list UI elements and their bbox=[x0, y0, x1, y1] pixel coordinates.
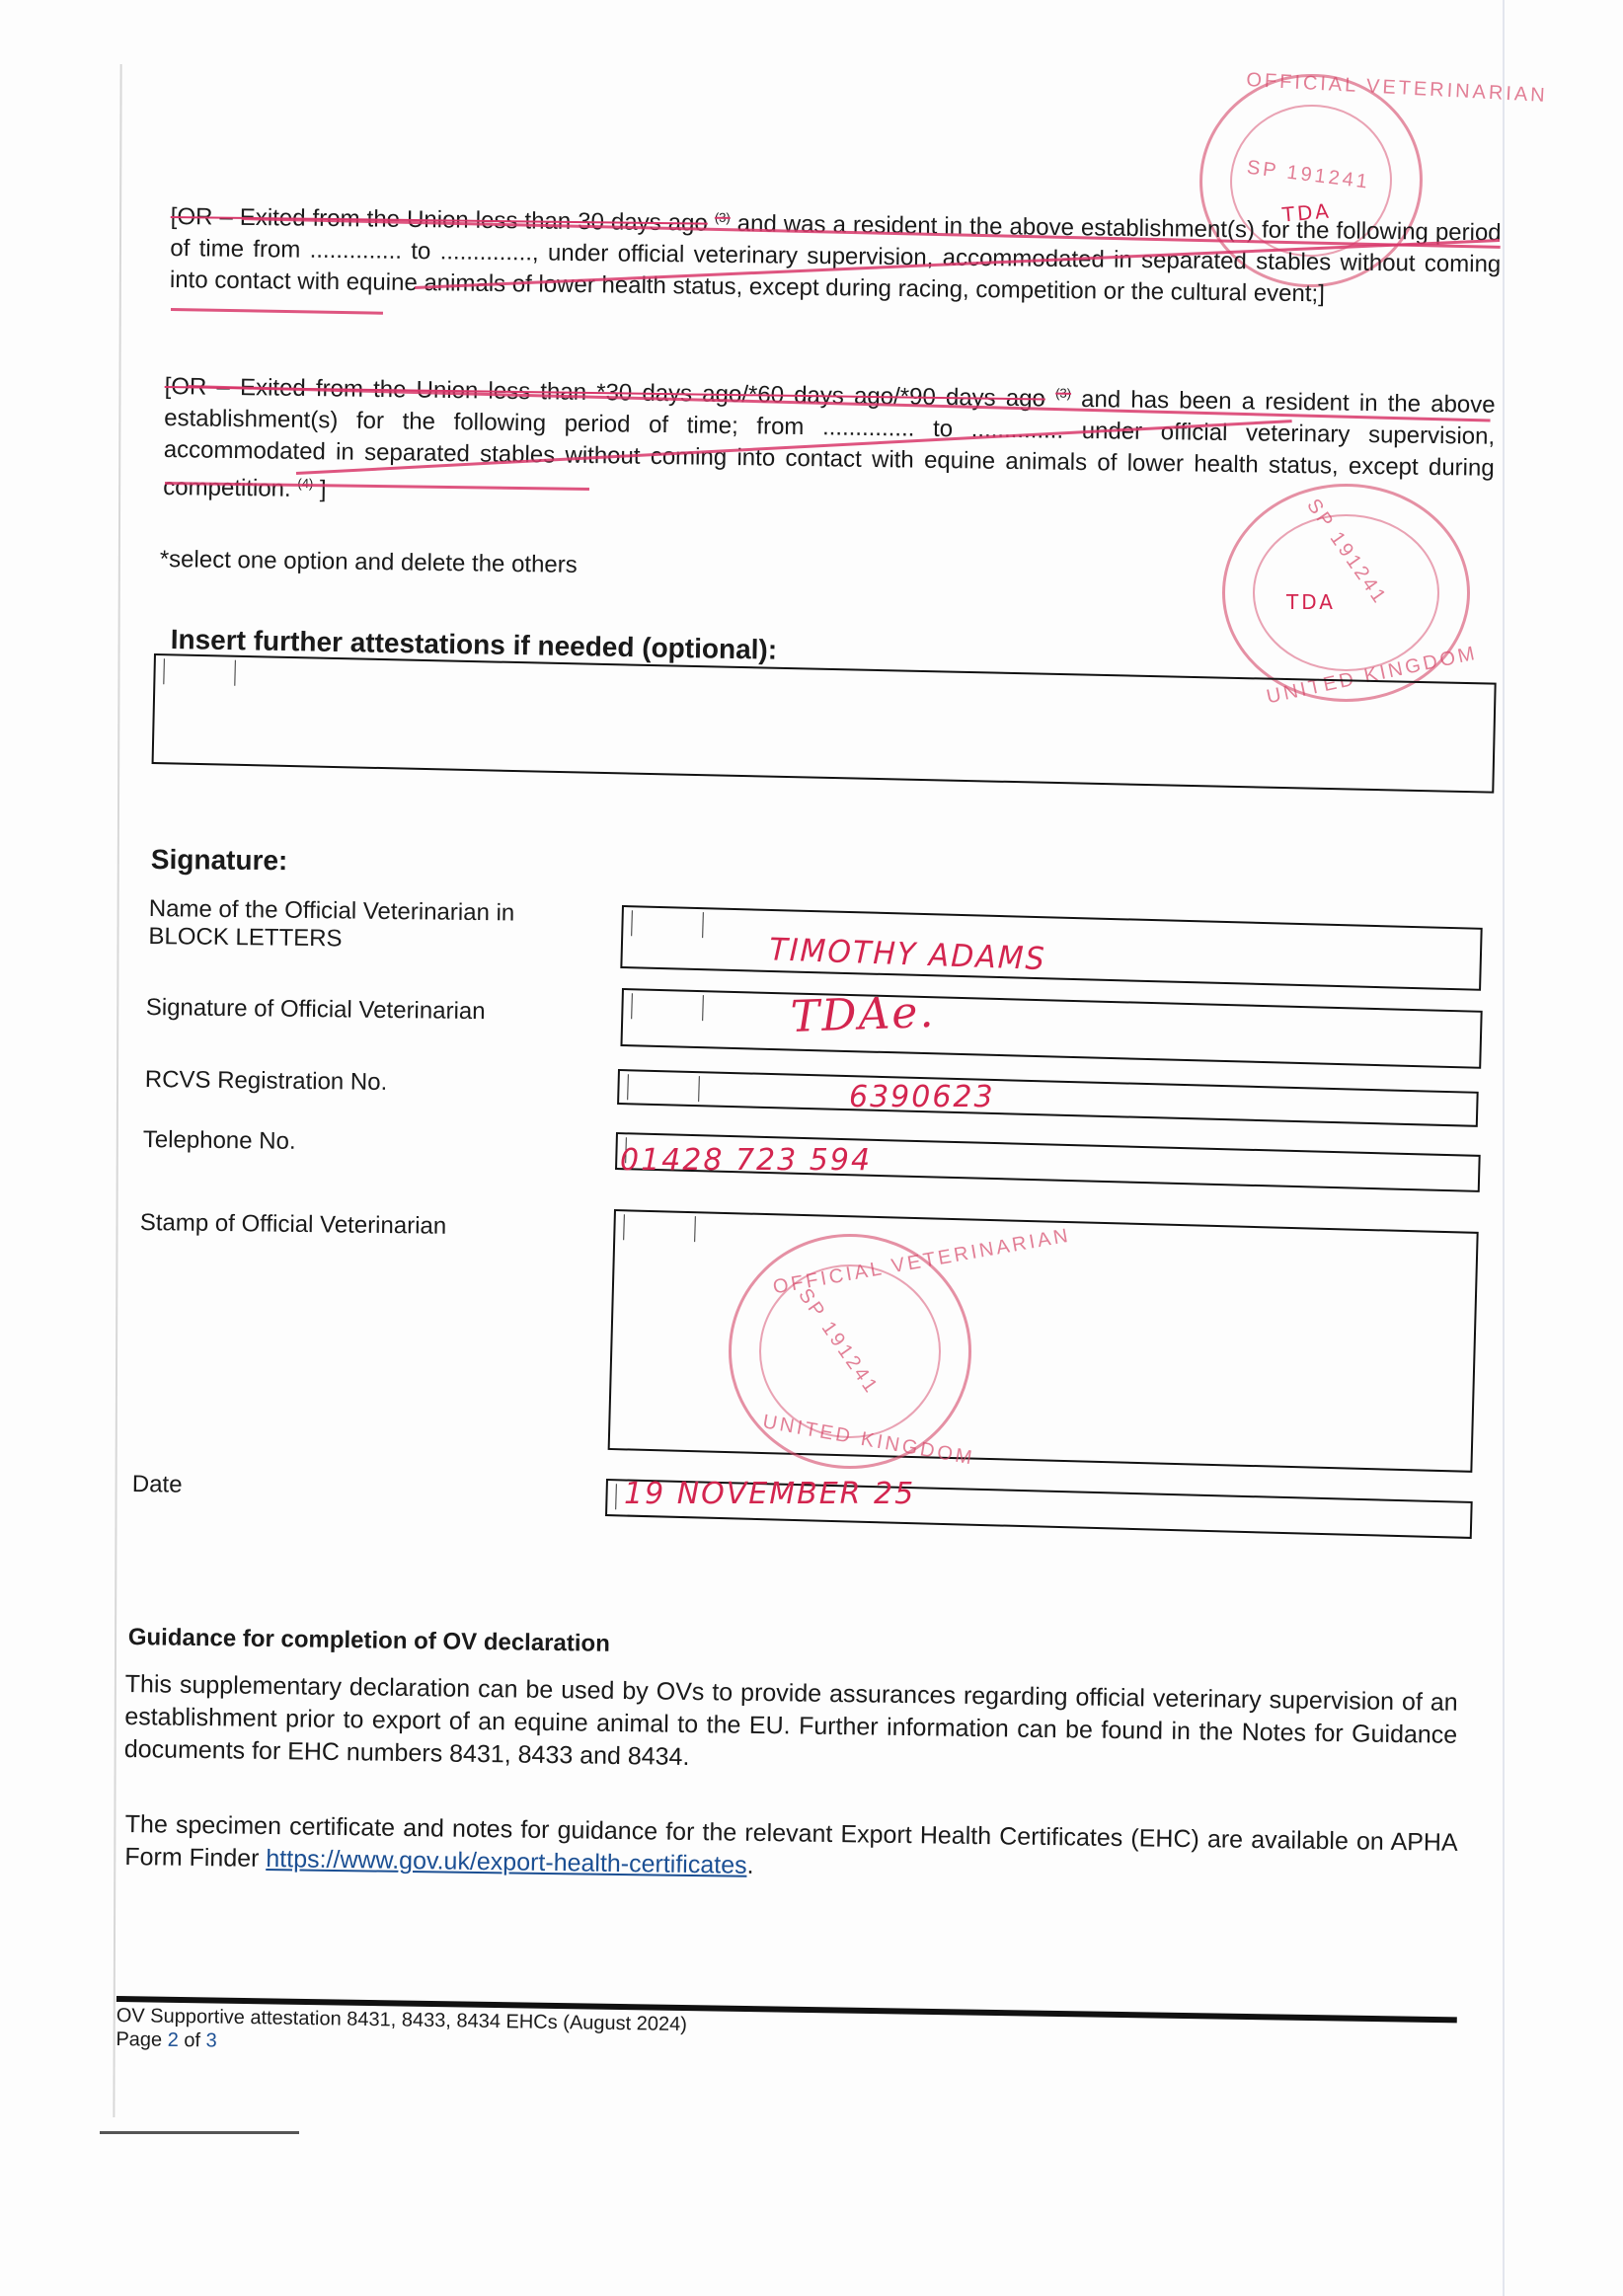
option-suffix: ] bbox=[320, 476, 327, 502]
guidance-heading: Guidance for completion of OV declaratio… bbox=[128, 1624, 610, 1658]
page-total: 3 bbox=[205, 2029, 216, 2051]
footnote-ref-3: (3) bbox=[715, 210, 731, 225]
footnote-separator bbox=[100, 2131, 299, 2134]
field-tick bbox=[615, 1484, 617, 1509]
signature-value: TDAe. bbox=[790, 987, 936, 1042]
date-value: 19 NOVEMBER 25 bbox=[624, 1477, 915, 1511]
guidance-paragraph-1: This supplementary declaration can be us… bbox=[124, 1668, 1458, 1785]
ov-stamp-in-box: OFFICIAL VETERINARIAN SP 191241 UNITED K… bbox=[729, 1234, 971, 1469]
strikethrough-line bbox=[171, 308, 383, 315]
footnote-ref-3: (3) bbox=[1055, 386, 1071, 401]
stamp-number: SP 191241 bbox=[1246, 157, 1371, 194]
field-tick bbox=[694, 1216, 696, 1242]
attestation-option-30-days: [OR – Exited from the Union less than 30… bbox=[170, 195, 1502, 312]
field-tick bbox=[631, 993, 633, 1019]
name-field[interactable] bbox=[620, 905, 1482, 991]
stamp-number: SP 191241 bbox=[1301, 495, 1391, 609]
date-label: Date bbox=[132, 1471, 183, 1499]
field-tick bbox=[702, 912, 704, 938]
stamp-initials: TDA bbox=[1286, 590, 1336, 614]
select-option-note: *select one option and delete the others bbox=[160, 546, 578, 579]
rcvs-value: 6390623 bbox=[849, 1080, 995, 1114]
telephone-value: 01428 723 594 bbox=[620, 1143, 872, 1178]
guidance-text-end: . bbox=[746, 1852, 753, 1879]
field-tick bbox=[631, 910, 633, 936]
signature-heading: Signature: bbox=[151, 844, 288, 877]
page-word: Page bbox=[116, 2028, 168, 2051]
field-tick bbox=[163, 658, 165, 684]
field-tick bbox=[623, 1214, 625, 1240]
page-current: 2 bbox=[168, 2029, 179, 2051]
field-tick bbox=[702, 995, 704, 1021]
stamp-label: Stamp of Official Veterinarian bbox=[140, 1209, 447, 1241]
guidance-paragraph-2: The specimen certificate and notes for g… bbox=[124, 1808, 1458, 1892]
name-label: Name of the Official Veterinarian in BLO… bbox=[148, 895, 583, 956]
page-footer: OV Supportive attestation 8431, 8433, 84… bbox=[116, 2004, 687, 2060]
ov-stamp-mid: SP 191241 UNITED KINGDOM TDA bbox=[1222, 484, 1470, 702]
telephone-label: Telephone No. bbox=[143, 1126, 296, 1156]
signature-label: Signature of Official Veterinarian bbox=[146, 994, 486, 1026]
stamp-number: SP 191241 bbox=[793, 1284, 883, 1399]
field-tick bbox=[627, 1074, 629, 1100]
scan-edge-left bbox=[113, 64, 121, 2117]
rcvs-field[interactable] bbox=[617, 1069, 1479, 1127]
field-tick bbox=[698, 1076, 700, 1102]
export-health-certificates-link[interactable]: https://www.gov.uk/export-health-certifi… bbox=[266, 1845, 747, 1879]
scan-edge-right bbox=[1503, 0, 1505, 2296]
signature-field[interactable] bbox=[620, 988, 1482, 1069]
page-of: of bbox=[179, 2029, 206, 2051]
field-tick bbox=[234, 660, 236, 686]
rcvs-label: RCVS Registration No. bbox=[145, 1066, 388, 1097]
